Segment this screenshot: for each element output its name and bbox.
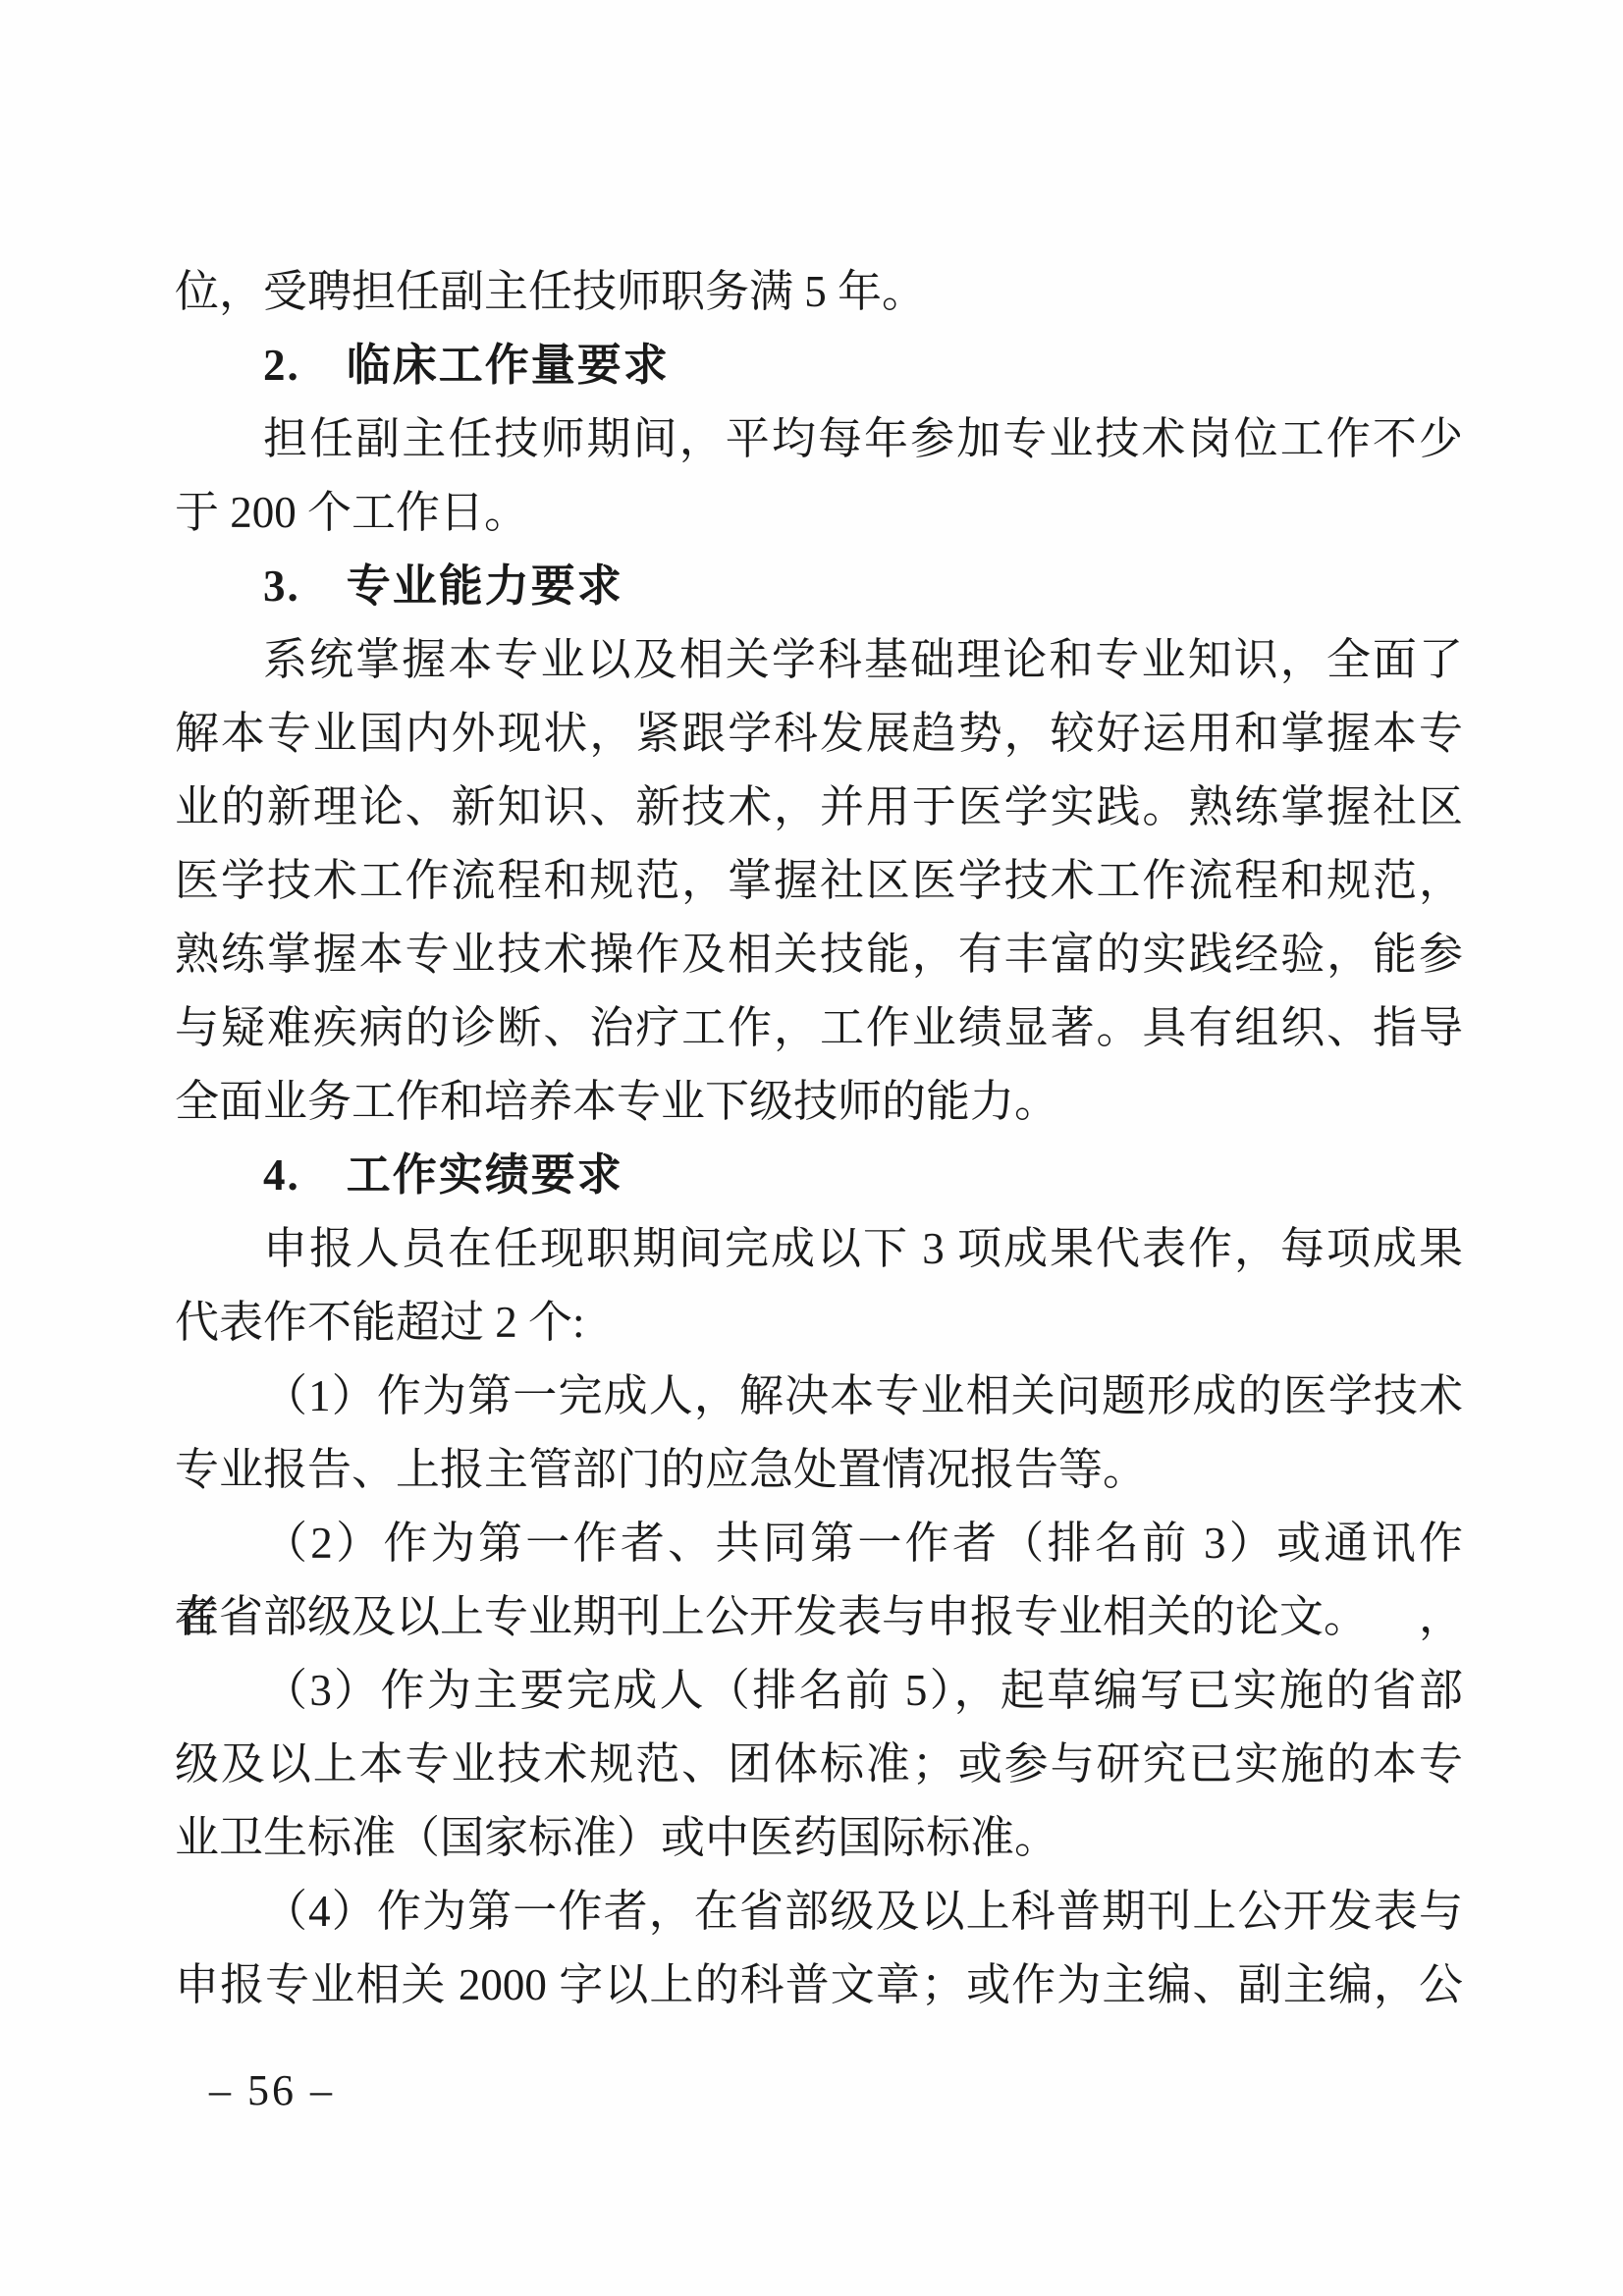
text-line: 在省部级及以上专业期刊上公开发表与申报专业相关的论文。 — [175, 1580, 1463, 1654]
list-item-2: （2）作为第一作者、共同第一作者（排名前 3）或通讯作者， — [175, 1507, 1463, 1580]
text-line: 熟练掌握本专业技术操作及相关技能，有丰富的实践经验，能参 — [175, 918, 1463, 991]
list-item-1: （1）作为第一完成人，解决本专业相关问题形成的医学技术 — [175, 1360, 1463, 1433]
text-line: 专业报告、上报主管部门的应急处置情况报告等。 — [175, 1433, 1463, 1507]
text-line: 业的新理论、新知识、新技术，并用于医学实践。熟练掌握社区 — [175, 771, 1463, 844]
text-line: 解本专业国内外现状，紧跟学科发展趋势，较好运用和掌握本专 — [175, 697, 1463, 771]
text-line: 医学技术工作流程和规范，掌握社区医学技术工作流程和规范， — [175, 844, 1463, 918]
list-item-3: （3）作为主要完成人（排名前 5），起草编写已实施的省部 — [175, 1654, 1463, 1728]
text-line: 担任副主任技师期间，平均每年参加专业技术岗位工作不少 — [175, 402, 1463, 476]
page-number: – 56 – — [209, 2063, 335, 2118]
section-heading-3: 3. 专业能力要求 — [175, 550, 1463, 623]
text-line: 申报专业相关 2000 字以上的科普文章；或作为主编、副主编，公 — [175, 1949, 1463, 2022]
section-heading-2: 2. 临床工作量要求 — [175, 329, 1463, 402]
section-heading-4: 4. 工作实绩要求 — [175, 1139, 1463, 1212]
document-body: 位，受聘担任副主任技师职务满 5 年。 2. 临床工作量要求 担任副主任技师期间… — [175, 255, 1463, 2022]
text-line: 系统掌握本专业以及相关学科基础理论和专业知识，全面了 — [175, 623, 1463, 697]
text-line: 业卫生标准（国家标准）或中医药国际标准。 — [175, 1801, 1463, 1875]
document-page: 位，受聘担任副主任技师职务满 5 年。 2. 临床工作量要求 担任副主任技师期间… — [0, 0, 1623, 2296]
text-line: 代表作不能超过 2 个: — [175, 1286, 1463, 1360]
text-line: 于 200 个工作日。 — [175, 476, 1463, 550]
list-item-4: （4）作为第一作者，在省部级及以上科普期刊上公开发表与 — [175, 1875, 1463, 1949]
text-line: 级及以上本专业技术规范、团体标准；或参与研究已实施的本专 — [175, 1728, 1463, 1801]
text-line: 位，受聘担任副主任技师职务满 5 年。 — [175, 255, 1463, 329]
text-line: 全面业务工作和培养本专业下级技师的能力。 — [175, 1065, 1463, 1139]
text-line: 申报人员在任现职期间完成以下 3 项成果代表作，每项成果 — [175, 1212, 1463, 1286]
text-line: 与疑难疾病的诊断、治疗工作，工作业绩显著。具有组织、指导 — [175, 991, 1463, 1065]
